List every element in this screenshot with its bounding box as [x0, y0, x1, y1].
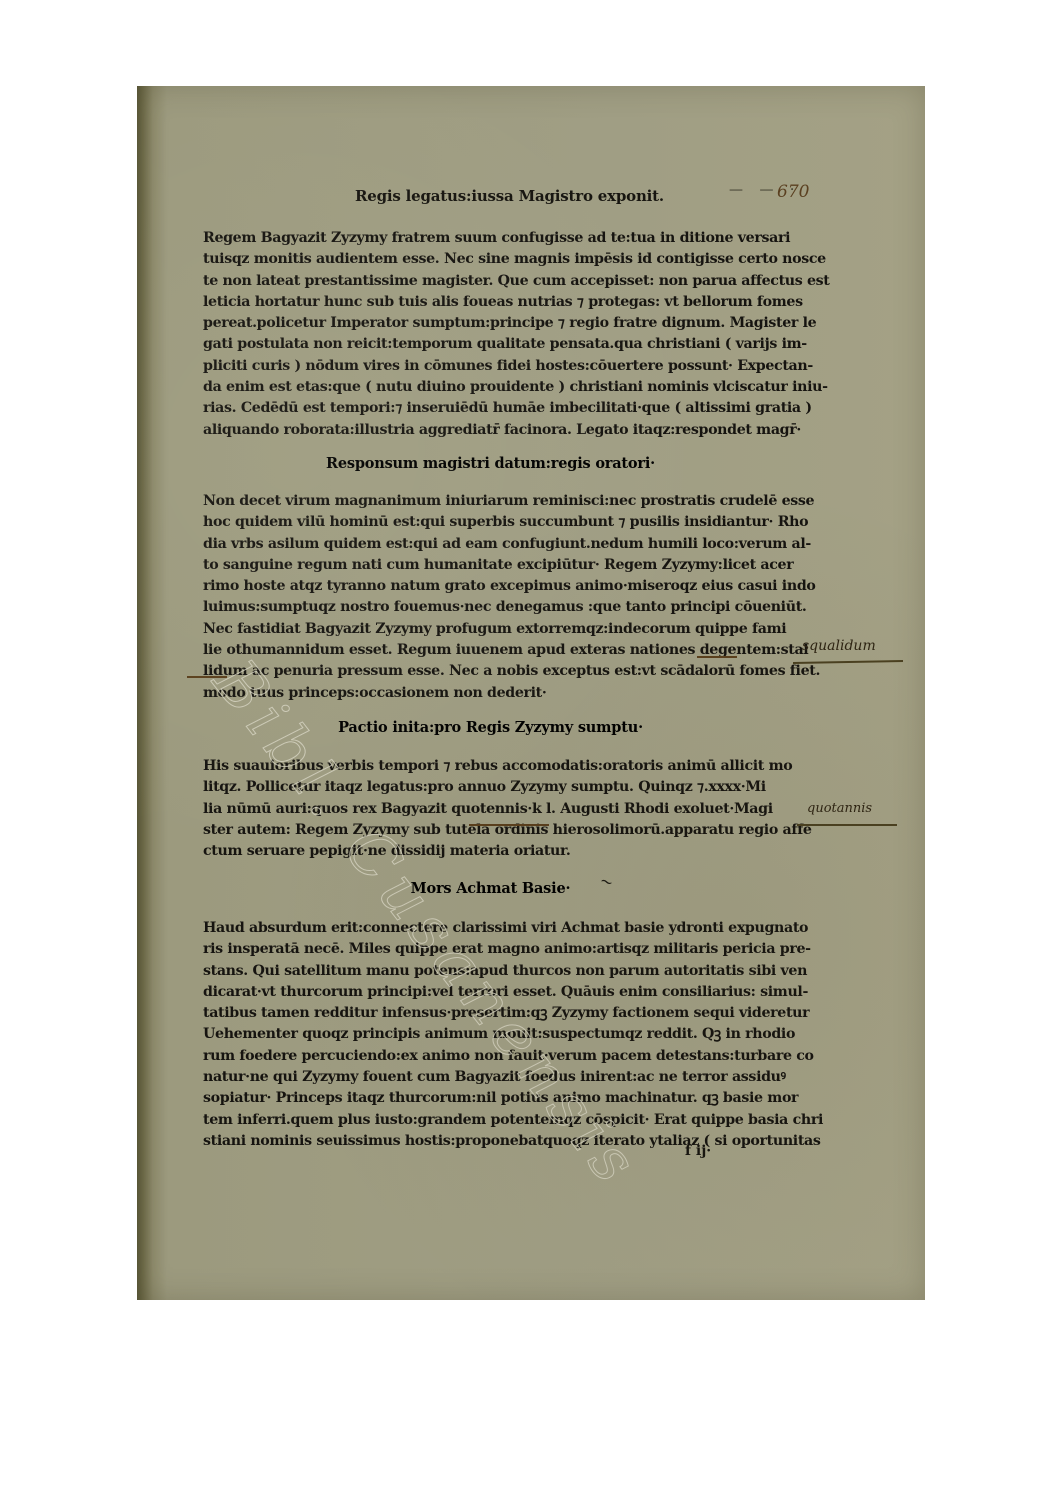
scanned-page: Regis legatus:iussa Magistro exponit. — … — [137, 86, 925, 1300]
text-line: modo tuus princeps:occasionem non dederi… — [203, 683, 778, 704]
section-title-pactio: Pactio inita:pro Regis Zyzymy sumptu· — [203, 719, 778, 736]
text-line: dia vrbs asilum quidem est:qui ad eam co… — [203, 534, 778, 555]
text-line: Uehementer quoqz principis animum mouit:… — [203, 1024, 778, 1045]
ink-underline — [697, 656, 737, 658]
ink-underline — [469, 824, 549, 826]
text-line: stans. Qui satellitum manu potens:apud t… — [203, 961, 778, 982]
running-head: Regis legatus:iussa Magistro exponit. — [355, 187, 664, 205]
text-line: Haud absurdum erit:connectere clarissimi… — [203, 918, 778, 939]
text-line: rias. Cedēdū est tempori:⁊ inseruiēdū hu… — [203, 398, 778, 419]
text-line: litqz. Pollicetur itaqz legatus:pro annu… — [203, 777, 778, 798]
paragraph-1: Regem Bagyazit Zyzymy fratrem suum confu… — [203, 228, 778, 441]
section-title-responsum: Responsum magistri datum:regis oratori· — [203, 455, 778, 472]
text-line: aliquando roborata:illustria aggrediatr̄… — [203, 420, 778, 441]
text-line: lia nūmū auri:quos rex Bagyazit quotenni… — [203, 799, 778, 820]
text-line: ctum seruare pepigit·ne dissidij materia… — [203, 841, 778, 862]
marginal-rule — [793, 660, 903, 663]
text-line: rimo hoste atqz tyranno natum grato exce… — [203, 576, 778, 597]
text-line: tuisqz monitis audientem esse. Nec sine … — [203, 249, 778, 270]
paragraph-2: Non decet virum magnanimum iniuriarum re… — [203, 491, 778, 704]
text-line: rum foedere percuciendo:ex animo non fau… — [203, 1046, 778, 1067]
text-line: lie othumannidum esset. Regum iuuenem ap… — [203, 640, 778, 661]
text-line: da enim est etas:que ( nutu diuino proui… — [203, 377, 778, 398]
text-line: to sanguine regum nati cum humanitate ex… — [203, 555, 778, 576]
text-line: leticia hortatur hunc sub tuis alis foue… — [203, 292, 778, 313]
text-line: pereat.policetur Imperator sumptum:princ… — [203, 313, 778, 334]
text-line: natur·ne qui Zyzymy fouent cum Bagyazit … — [203, 1067, 778, 1088]
paragraph-3: His suauioribus verbis tempori ⁊ rebus a… — [203, 756, 778, 862]
text-line: dicarat·vt thurcorum principi:vel terror… — [203, 982, 778, 1003]
text-line: His suauioribus verbis tempori ⁊ rebus a… — [203, 756, 778, 777]
text-line: Non decet virum magnanimum iniuriarum re… — [203, 491, 778, 512]
marginal-note-squalidum: squalidum — [802, 638, 876, 654]
text-line: tatibus tamen redditur infensus·preserti… — [203, 1003, 778, 1024]
paragraph-4: Haud absurdum erit:connectere clarissimi… — [203, 918, 778, 1152]
signature-mark: f ij· — [685, 1143, 711, 1159]
text-line: gati postulata non reicit:temporum quali… — [203, 334, 778, 355]
text-line: sopiatur· Princeps itaqz thurcorum:nil p… — [203, 1088, 778, 1109]
marginal-rule — [797, 824, 897, 826]
text-line: lidum ac penuria pressum esse. Nec a nob… — [203, 661, 778, 682]
text-line: hoc quidem vilū hominū est:qui superbis … — [203, 512, 778, 533]
ink-underline — [187, 676, 227, 678]
text-line: luimus:sumptuqz nostro fouemus·nec deneg… — [203, 597, 778, 618]
section-title-mors: Mors Achmat Basie· — [203, 880, 778, 897]
marginal-note-quotannis: quotannis — [807, 801, 872, 816]
handwritten-folio-number: 670 — [777, 182, 809, 202]
text-line: te non lateat prestantissime magister. Q… — [203, 271, 778, 292]
text-line: pliciti curis ) nōdum vires in cōmunes f… — [203, 356, 778, 377]
text-line: Nec fastidiat Bagyazit Zyzymy profugum e… — [203, 619, 778, 640]
text-line: Regem Bagyazit Zyzymy fratrem suum confu… — [203, 228, 778, 249]
text-line: ris insperatā necē. Miles quippe erat ma… — [203, 939, 778, 960]
text-line: tem inferri.quem plus iusto:grandem pote… — [203, 1110, 778, 1131]
